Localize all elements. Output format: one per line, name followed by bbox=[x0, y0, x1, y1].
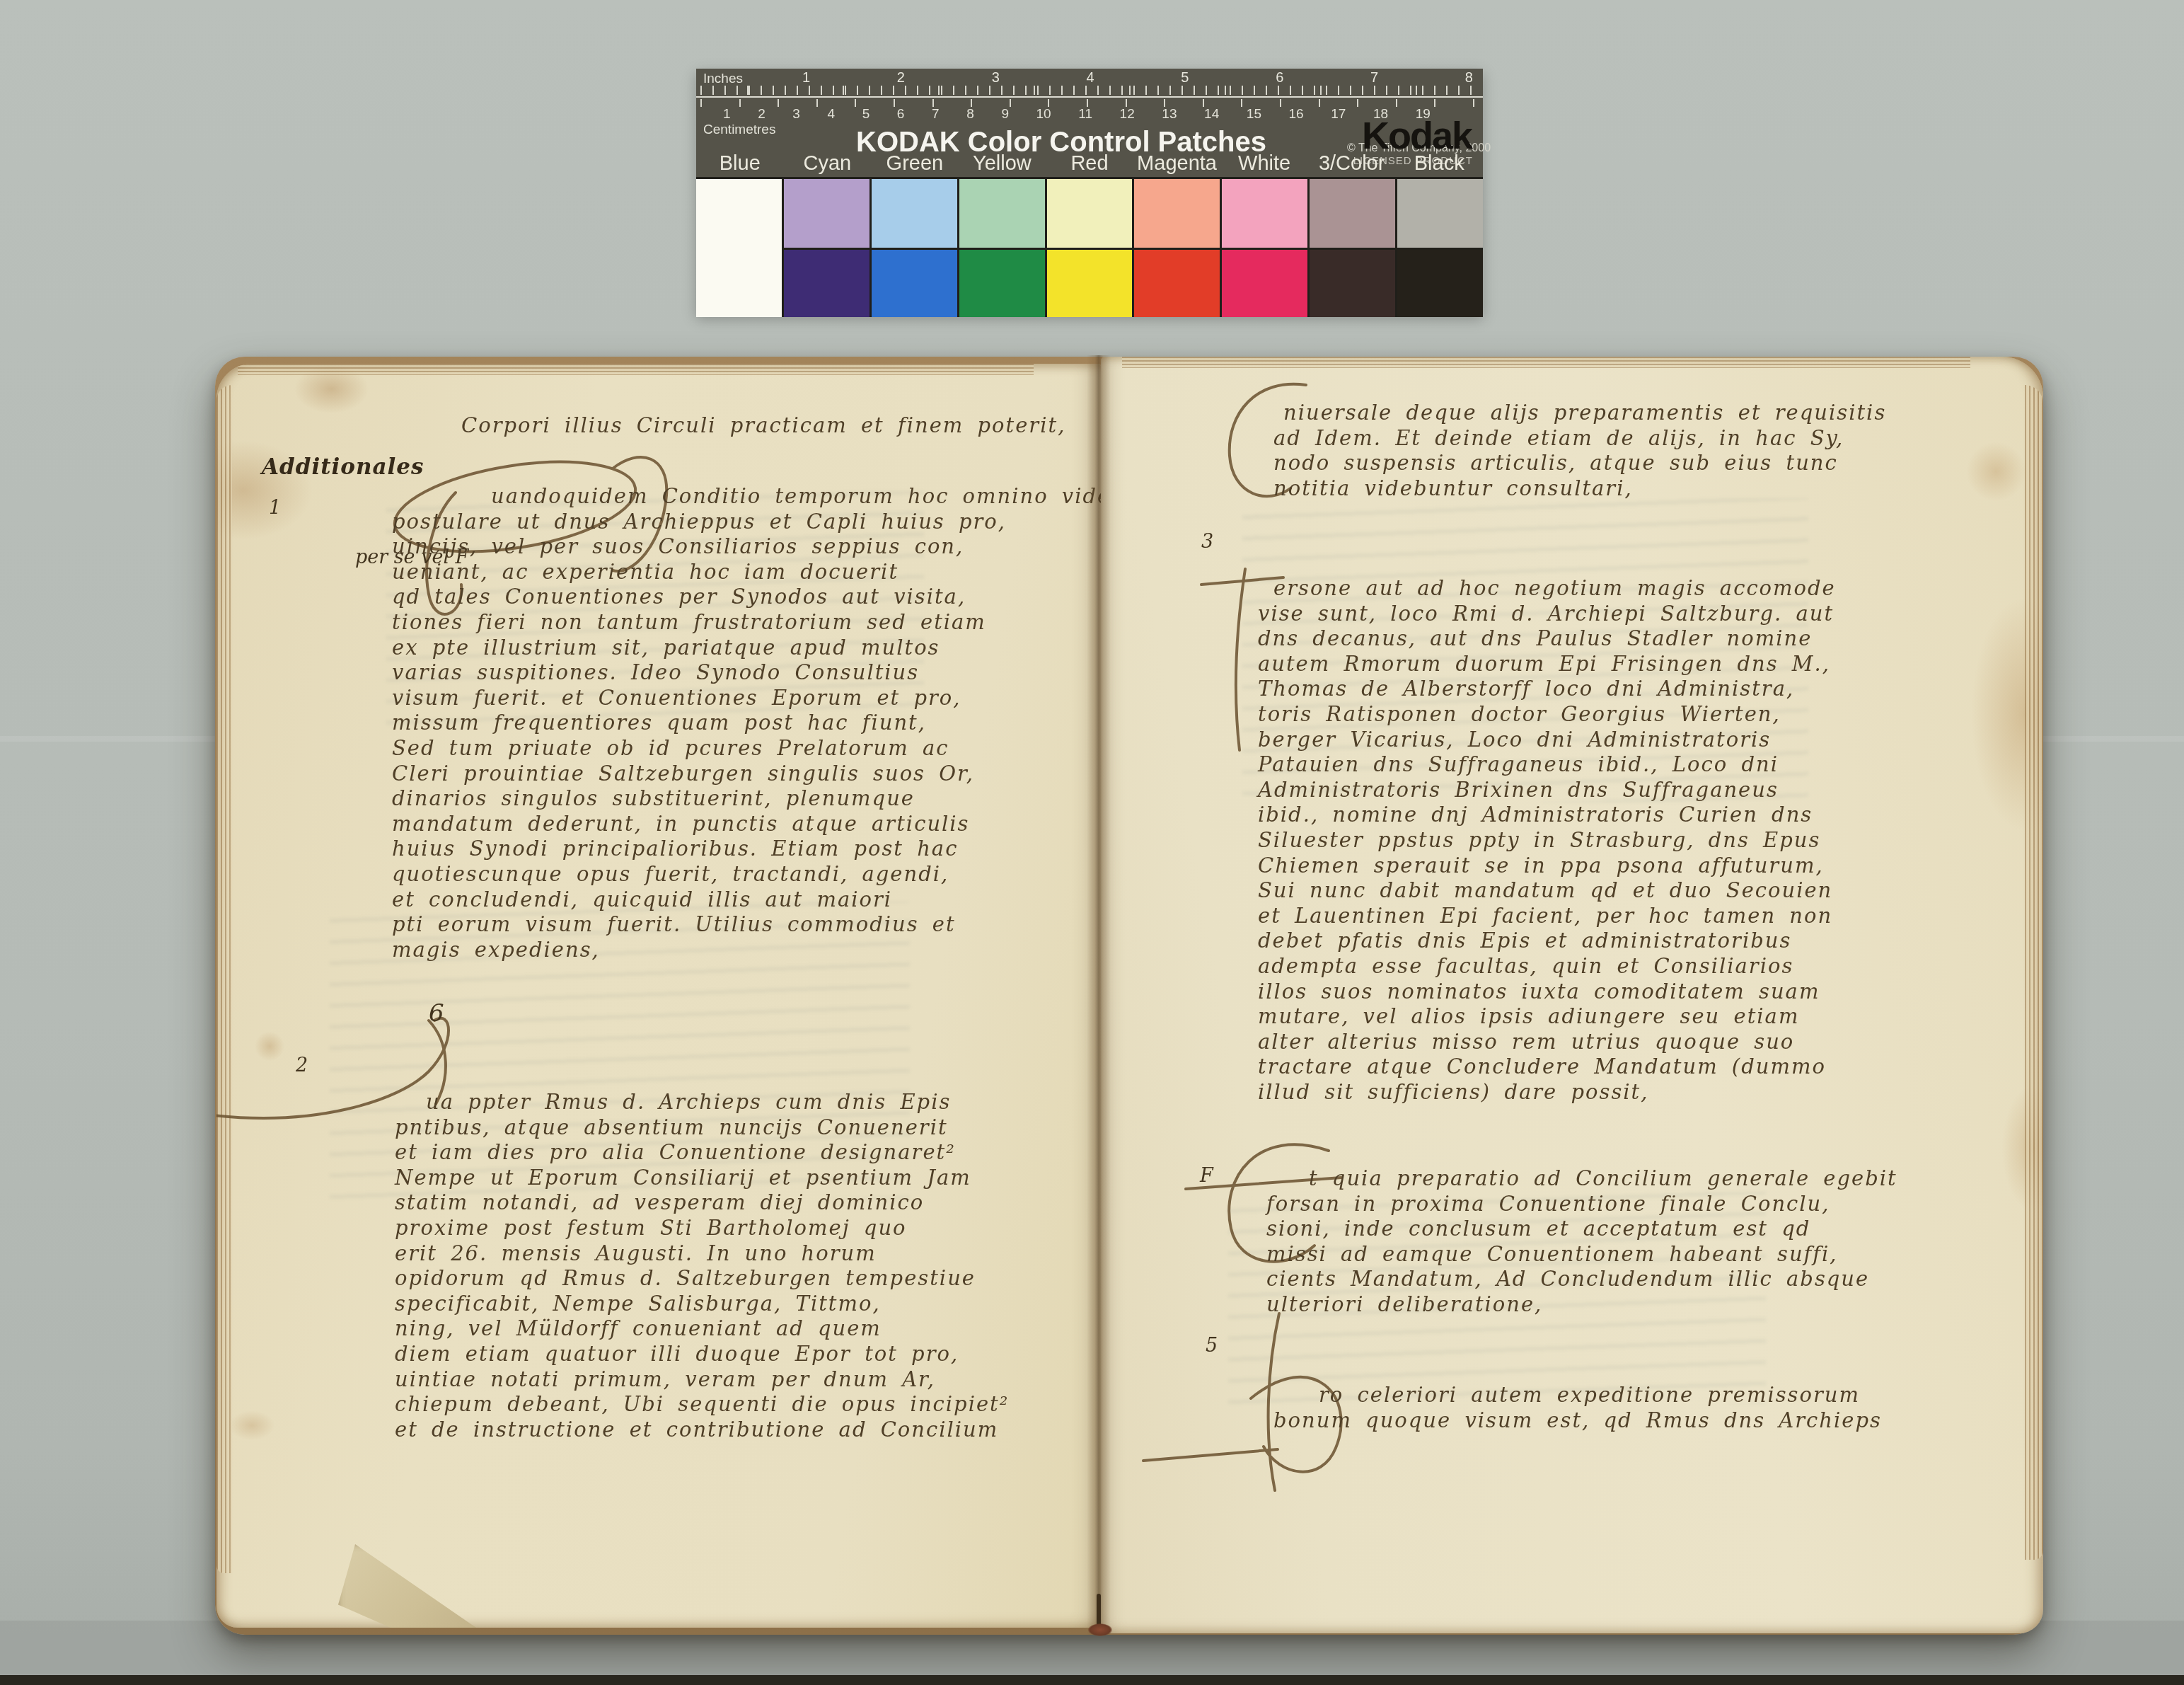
manuscript-line: ibid., nomine dnj Administratoris Curien… bbox=[1258, 803, 1836, 828]
manuscript-line: pti eorum visum fuerit. Utilius commodiu… bbox=[392, 912, 1101, 938]
patch-label-black: Black bbox=[1395, 152, 1483, 176]
cm-ruler-ticks bbox=[700, 99, 1479, 107]
photo-scene: Inches 12345678 123456789101112131415161… bbox=[0, 0, 2184, 1685]
manuscript-line: uandoquidem Conditio temporum hoc omnino… bbox=[491, 484, 1101, 510]
cm-number: 17 bbox=[1331, 107, 1346, 122]
inch-number: 5 bbox=[1181, 70, 1189, 86]
manuscript-line: magis expediens, bbox=[392, 938, 1101, 963]
right-page: 3 F 5 niuersale deque alijs preparamenti… bbox=[1101, 357, 2043, 1633]
kodak-logo: Kodak bbox=[1362, 114, 1472, 158]
patch-3color-tint bbox=[1310, 179, 1395, 248]
kodak-color-card: Inches 12345678 123456789101112131415161… bbox=[696, 69, 1483, 315]
manuscript-line: mandatum dederunt, in punctis atque arti… bbox=[392, 812, 1101, 837]
manuscript-line: erit 26. mensis Augusti. In uno horum bbox=[395, 1241, 1009, 1267]
manuscript-line: illud sit sufficiens) dare possit, bbox=[1258, 1080, 1836, 1105]
manuscript-line: sioni, inde conclusum et acceptatum est … bbox=[1266, 1217, 1897, 1242]
manuscript-line: statim notandi, ad vesperam diej dominic… bbox=[395, 1190, 1009, 1216]
patch-magenta-solid bbox=[1222, 250, 1307, 317]
inches-label: Inches bbox=[703, 71, 743, 87]
left-page-top-edge bbox=[238, 364, 1034, 375]
manuscript-line: missum frequentiores quam post hac fiunt… bbox=[392, 711, 1101, 736]
left-page-heading: Corpori illius Circuli practicam et fine… bbox=[461, 413, 1065, 439]
manuscript-line: ex pte illustrium sit, pariatque apud mu… bbox=[392, 636, 1101, 661]
patch-label-3color: 3/Color bbox=[1308, 152, 1396, 176]
manuscript-line: ad Idem. Et deinde etiam de alijs, in ha… bbox=[1273, 426, 1886, 452]
manuscript-line: toris Ratisponen doctor Georgius Wierten… bbox=[1258, 702, 1836, 728]
manuscript-line: Chiemen sperauit se in ppa psona affutur… bbox=[1258, 853, 1836, 879]
manuscript-line: opidorum qd Rmus d. Saltzeburgen tempest… bbox=[395, 1266, 1009, 1292]
gutter-binding-spot bbox=[1088, 1623, 1112, 1636]
cm-number: 13 bbox=[1162, 107, 1177, 122]
inch-number: 4 bbox=[1086, 70, 1094, 86]
inch-number: 1 bbox=[802, 70, 810, 86]
left-paragraph-1: uandoquidem Conditio temporum hoc omnino… bbox=[392, 484, 1101, 962]
margin-number-5: 5 bbox=[1206, 1335, 1218, 1357]
cm-number: 9 bbox=[1001, 107, 1009, 122]
patch-blue-tint bbox=[784, 179, 869, 248]
right-paragraph-5: ro celeriori autem expeditione premissor… bbox=[1273, 1383, 1882, 1433]
patch-label-magenta: Magenta bbox=[1133, 152, 1221, 176]
manuscript-line: ua ppter Rmus d. Archieps cum dnis Epis bbox=[426, 1090, 1009, 1115]
ruler-divider-line bbox=[696, 96, 1483, 98]
patch-cyan-tint bbox=[872, 179, 957, 248]
inch-number: 7 bbox=[1370, 70, 1378, 86]
patch-grid bbox=[696, 177, 1483, 317]
manuscript-line: niuersale deque alijs preparamentis et r… bbox=[1283, 401, 1886, 426]
manuscript-line: nodo suspensis articulis, atque sub eius… bbox=[1273, 451, 1886, 476]
manuscript-line: Siluester ppstus ppty in Strasburg, dns … bbox=[1258, 828, 1836, 853]
right-page-fore-edge bbox=[2025, 385, 2043, 1560]
manuscript-line: debet pfatis dnis Epis et administratori… bbox=[1258, 928, 1836, 954]
manuscript-line: illos suos nominatos iuxta comoditatem s… bbox=[1258, 979, 1836, 1005]
patch-yellow-tint bbox=[1047, 179, 1133, 248]
cm-number: 3 bbox=[792, 107, 800, 122]
manuscript-line: alter alterius misso rem utrius quoque s… bbox=[1258, 1030, 1836, 1055]
manuscript-line: uincijs, vel per suos Consiliarios seppi… bbox=[392, 534, 1101, 560]
margin-note-additionales: Additionales bbox=[262, 454, 424, 480]
patch-white bbox=[696, 179, 782, 317]
left-paragraph-2: ua ppter Rmus d. Archieps cum dnis Episp… bbox=[395, 1090, 1009, 1442]
margin-number-3: 3 bbox=[1201, 531, 1213, 553]
folded-page-corner bbox=[338, 1544, 480, 1628]
patch-3color-solid bbox=[1310, 250, 1395, 317]
manuscript-line: varias suspitiones. Ideo Synodo Consulti… bbox=[392, 660, 1101, 686]
manuscript-line: specificabit, Nempe Salisburga, Tittmo, bbox=[395, 1292, 1009, 1317]
manuscript-line: mutare, vel alios ipsis adiungere seu et… bbox=[1258, 1004, 1836, 1030]
cm-number: 14 bbox=[1204, 107, 1219, 122]
cm-ruler-numbers: 12345678910111213141516171819 bbox=[723, 107, 1431, 122]
manuscript-line: et concludendi, quicquid illis aut maior… bbox=[392, 887, 1101, 913]
patch-label-white: White bbox=[1220, 152, 1308, 176]
manuscript-line: bonum quoque visum est, qd Rmus dns Arch… bbox=[1273, 1408, 1882, 1434]
cm-number: 11 bbox=[1078, 107, 1092, 122]
manuscript-line: pntibus, atque absentium nuncijs Conuene… bbox=[395, 1115, 1009, 1141]
patch-label-green: Green bbox=[871, 152, 959, 176]
manuscript-line: Sui nunc dabit mandatum qd et duo Secoui… bbox=[1258, 878, 1836, 904]
inch-number: 8 bbox=[1465, 70, 1473, 86]
manuscript-line: notitia videbuntur consultari, bbox=[1273, 476, 1886, 502]
inch-ruler-numbers: 12345678 bbox=[802, 70, 1473, 86]
inch-number: 6 bbox=[1276, 70, 1283, 86]
manuscript-line: ning, vel Müldorff conueniant ad quem bbox=[395, 1316, 1009, 1342]
inch-number: 2 bbox=[897, 70, 905, 86]
manuscript-line: qd tales Conuentiones per Synodos aut vi… bbox=[392, 585, 1101, 610]
manuscript-line: dns decanus, aut dns Paulus Stadler nomi… bbox=[1258, 626, 1836, 652]
manuscript-line: tiones fieri non tantum frustratorium se… bbox=[392, 610, 1101, 636]
manuscript-line: et iam dies pro alia Conuentione designa… bbox=[395, 1140, 1009, 1166]
manuscript-line: cients Mandatum, Ad Concludendum illic a… bbox=[1266, 1267, 1897, 1292]
manuscript-line: uintiae notati primum, veram per dnum Ar… bbox=[395, 1367, 1009, 1393]
manuscript-line: proxime post festum Sti Bartholomej quo bbox=[395, 1216, 1009, 1241]
cm-number: 12 bbox=[1120, 107, 1135, 122]
manuscript-book: Additionales 1 per se vel F 2 6 Corpori … bbox=[211, 350, 2047, 1639]
inch-number: 3 bbox=[992, 70, 1000, 86]
manuscript-line: ulteriori deliberatione, bbox=[1266, 1292, 1897, 1318]
patch-label-blue: Blue bbox=[696, 152, 784, 176]
patch-black-tint bbox=[1397, 179, 1483, 248]
left-page-fore-edge bbox=[216, 385, 232, 1573]
manuscript-line: tractare atque Concludere Mandatum (dumm… bbox=[1258, 1054, 1836, 1080]
cm-number: 7 bbox=[932, 107, 940, 122]
cm-number: 16 bbox=[1289, 107, 1304, 122]
centimetres-label: Centimetres bbox=[703, 122, 775, 138]
right-paragraph-3: ersone aut ad hoc negotium magis accomod… bbox=[1258, 576, 1836, 1105]
patch-red-tint bbox=[1134, 179, 1220, 248]
manuscript-line: postulare ut dnus Archieppus et Capli hu… bbox=[392, 510, 1101, 535]
cm-number: 1 bbox=[723, 107, 731, 122]
manuscript-line: et de instructione et contributione ad C… bbox=[395, 1417, 1009, 1443]
cm-number: 8 bbox=[966, 107, 974, 122]
table-edge-shadow bbox=[0, 1675, 2184, 1685]
manuscript-line: vise sunt, loco Rmi d. Archiepi Saltzbur… bbox=[1258, 602, 1836, 627]
manuscript-line: Cleri prouintiae Saltzeburgen singulis s… bbox=[392, 761, 1101, 787]
manuscript-line: diem etiam quatuor illi duoque Epor tot … bbox=[395, 1342, 1009, 1367]
cm-number: 2 bbox=[758, 107, 765, 122]
patch-label-red: Red bbox=[1046, 152, 1133, 176]
manuscript-line: visum fuerit. et Conuentiones Eporum et … bbox=[392, 686, 1101, 711]
cm-number: 4 bbox=[828, 107, 836, 122]
patch-magenta-tint bbox=[1222, 179, 1307, 248]
manuscript-line: quotiescunque opus fuerit, tractandi, ag… bbox=[392, 862, 1101, 887]
manuscript-line: adempta esse facultas, quin et Consiliar… bbox=[1258, 954, 1836, 979]
manuscript-line: ro celeriori autem expeditione premissor… bbox=[1319, 1383, 1882, 1408]
cm-number: 10 bbox=[1036, 107, 1051, 122]
cm-number: 15 bbox=[1247, 107, 1261, 122]
manuscript-line: berger Vicarius, Loco dni Administratori… bbox=[1258, 728, 1836, 753]
left-page: Additionales 1 per se vel F 2 6 Corpori … bbox=[216, 364, 1101, 1628]
manuscript-line: et Lauentinen Epi facient, per hoc tamen… bbox=[1258, 904, 1836, 929]
manuscript-line: Patauien dns Suffraganeus ibid., Loco dn… bbox=[1258, 752, 1836, 778]
cm-number: 5 bbox=[862, 107, 870, 122]
right-paragraph-1: niuersale deque alijs preparamentis et r… bbox=[1273, 401, 1886, 501]
patch-green-solid bbox=[959, 250, 1045, 317]
cm-number: 6 bbox=[897, 107, 905, 122]
manuscript-line: Nempe ut Eporum Consiliarij et psentium … bbox=[395, 1166, 1009, 1191]
margin-number-1: 1 bbox=[269, 497, 281, 519]
manuscript-line: dinarios singulos substituerint, plenumq… bbox=[392, 786, 1101, 812]
patch-green-tint bbox=[959, 179, 1045, 248]
patch-label-cyan: Cyan bbox=[784, 152, 872, 176]
patch-labels-row: Blue Cyan Green Yellow Red Magenta White… bbox=[696, 152, 1483, 176]
manuscript-line: missi ad eamque Conuentionem habeant suf… bbox=[1266, 1242, 1897, 1267]
manuscript-line: ueniant, ac experientia hoc iam docuerit bbox=[392, 560, 1101, 585]
patch-cyan-solid bbox=[872, 250, 957, 317]
patch-red-solid bbox=[1134, 250, 1220, 317]
patch-yellow-solid bbox=[1047, 250, 1133, 317]
right-page-top-edge bbox=[1122, 357, 1970, 368]
patch-black-solid bbox=[1397, 250, 1483, 317]
manuscript-line: huius Synodi principalioribus. Etiam pos… bbox=[392, 836, 1101, 862]
manuscript-line: autem Rmorum duorum Epi Frisingen dns M.… bbox=[1258, 652, 1836, 677]
manuscript-line: t quia preparatio ad Concilium generale … bbox=[1309, 1166, 1897, 1192]
patch-blue-solid bbox=[784, 250, 869, 317]
right-paragraph-4: t quia preparatio ad Concilium generale … bbox=[1266, 1166, 1897, 1318]
manuscript-line: Thomas de Alberstorff loco dni Administr… bbox=[1258, 677, 1836, 702]
book-gutter bbox=[1087, 355, 1111, 1635]
manuscript-line: Sed tum priuate ob id pcures Prelatorum … bbox=[392, 736, 1101, 761]
manuscript-line: ersone aut ad hoc negotium magis accomod… bbox=[1273, 576, 1836, 602]
inch-ruler-ticks bbox=[700, 86, 1479, 95]
manuscript-line: Administratoris Brixinen dns Suffraganeu… bbox=[1258, 778, 1836, 803]
manuscript-line: chiepum debeant, Ubi sequenti die opus i… bbox=[395, 1392, 1009, 1417]
manuscript-line: forsan in proxima Conuentione finale Con… bbox=[1266, 1192, 1897, 1217]
margin-number-2: 2 bbox=[296, 1054, 308, 1076]
paragraph-mark: 6 bbox=[429, 999, 444, 1028]
patch-label-yellow: Yellow bbox=[959, 152, 1046, 176]
margin-letter-f: F bbox=[1200, 1165, 1213, 1187]
